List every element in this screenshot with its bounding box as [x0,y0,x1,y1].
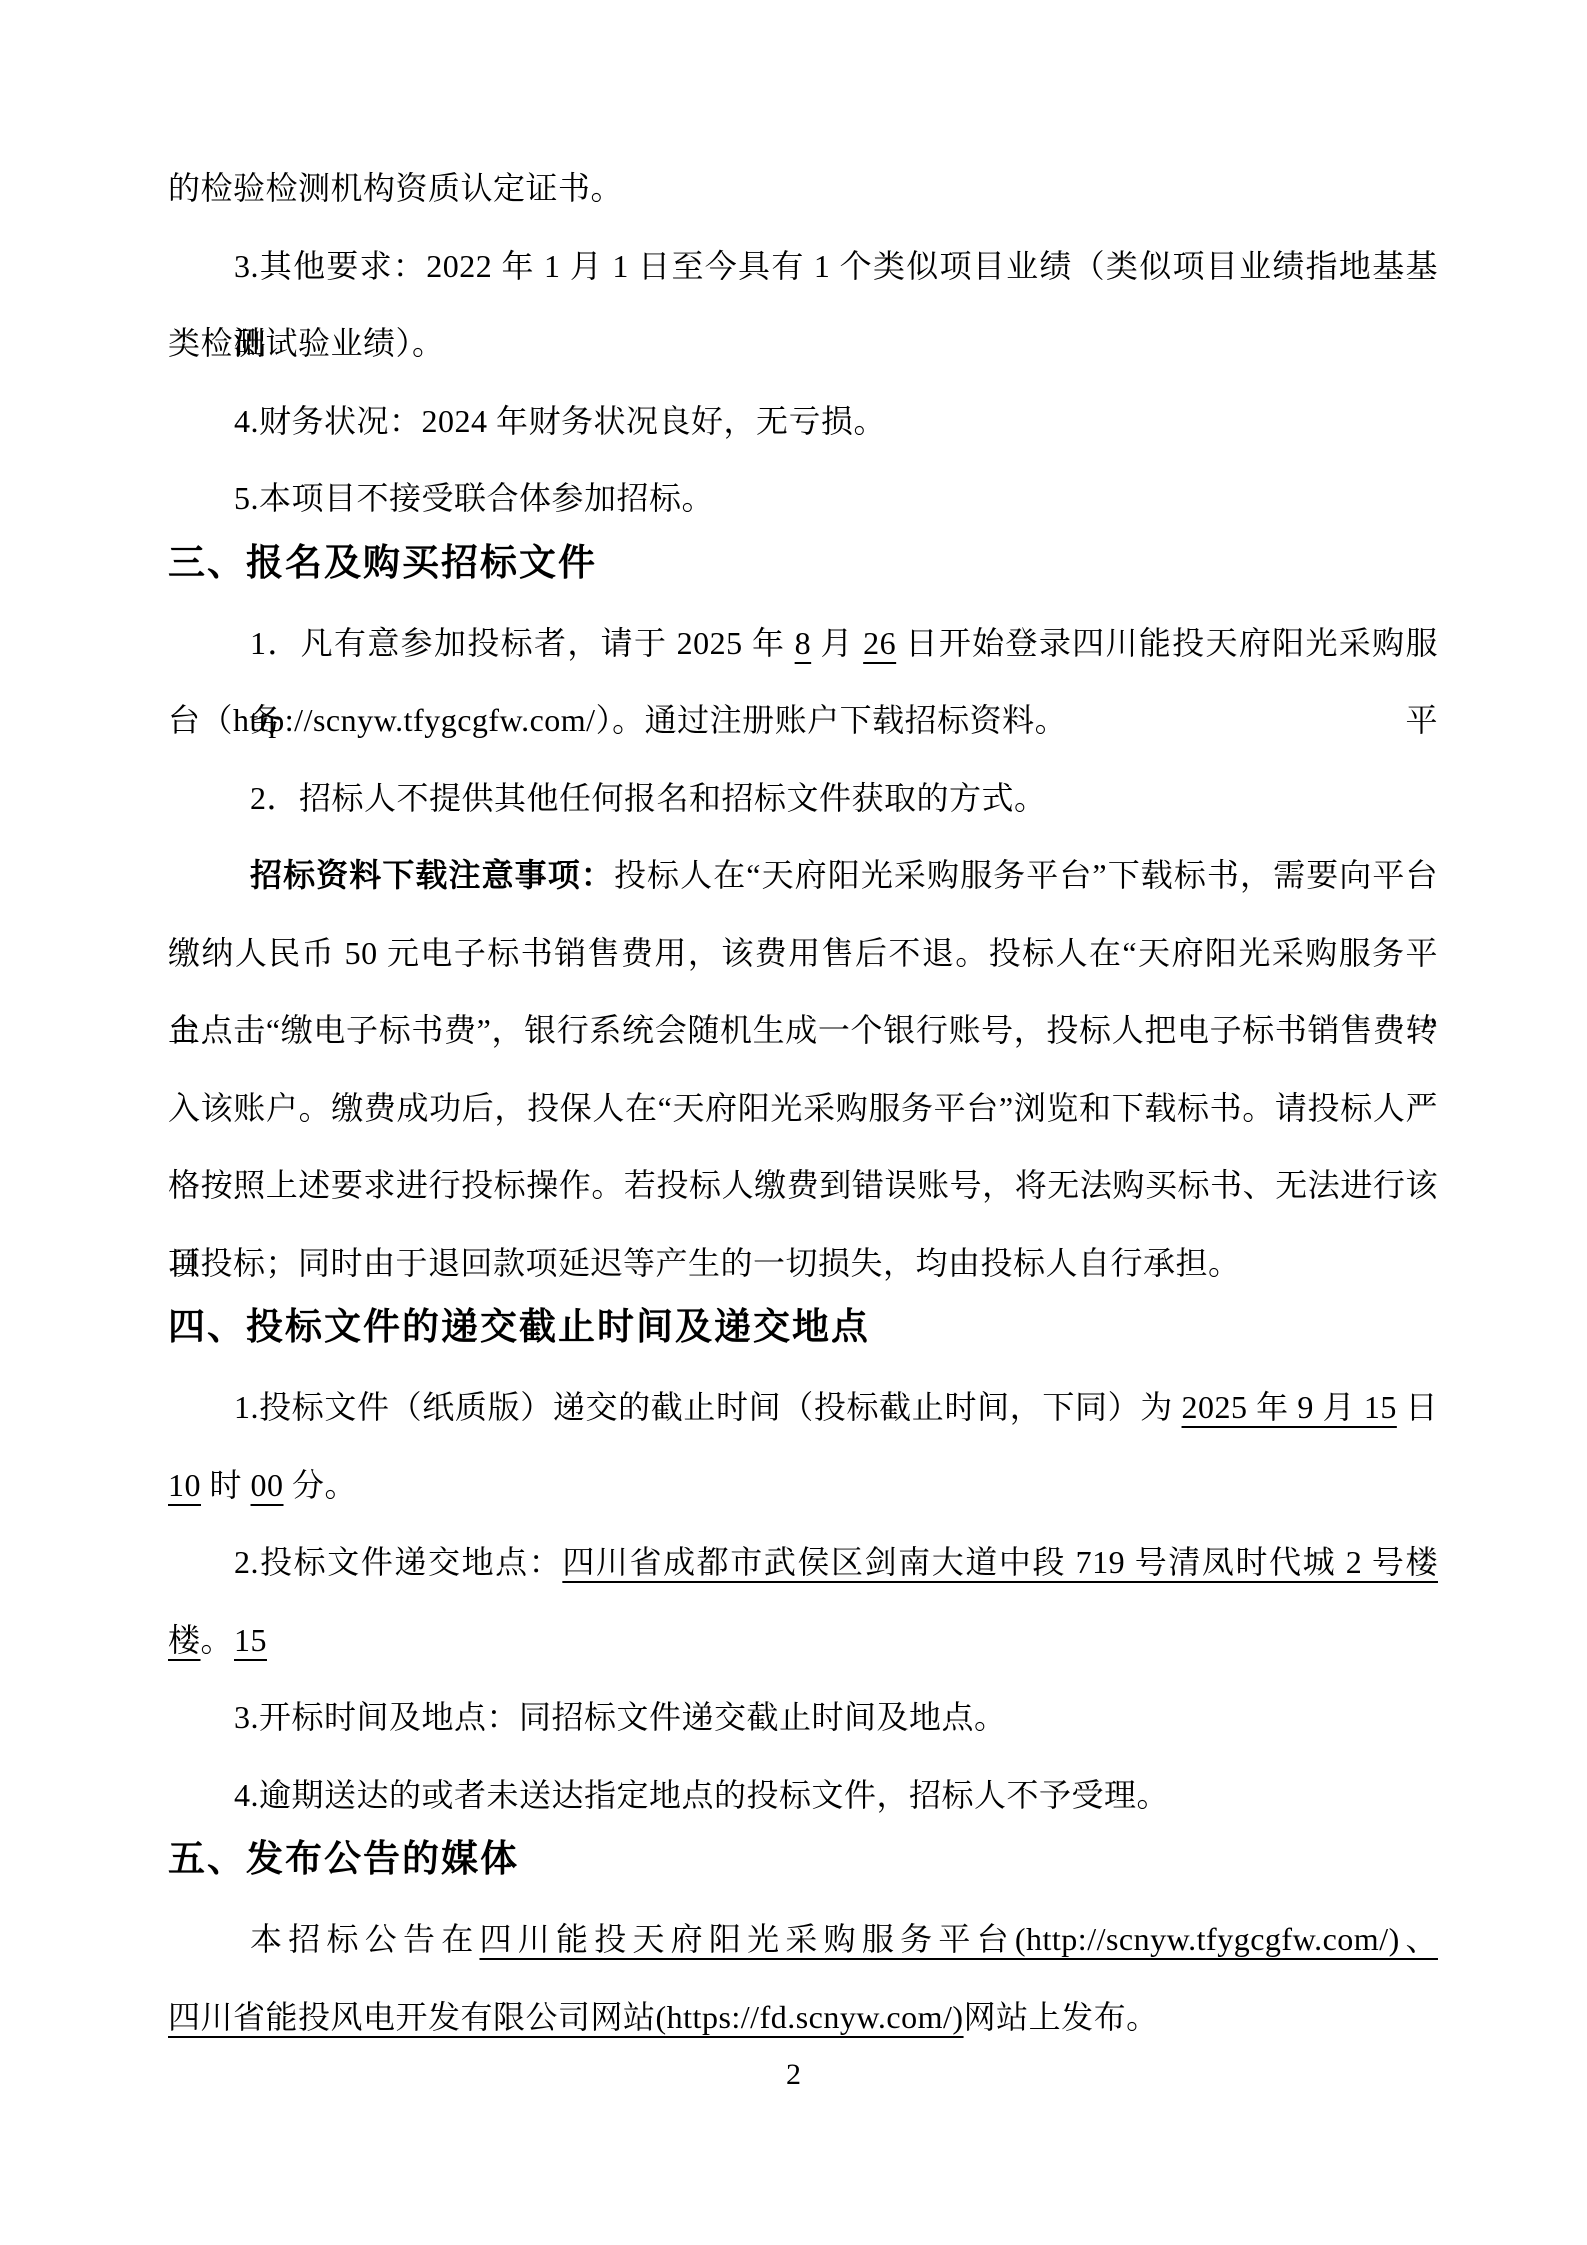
text-segment: 月 [811,625,863,661]
text-segment: 本招标公告在 [250,1921,479,1957]
section-heading: 三、报名及购买招标文件 [168,538,1438,605]
text-segment: 台（http://scnyw.tfygcgfw.com/）。通过注册账户下载招标… [168,702,1067,738]
doc-line: 四川省能投风电开发有限公司网站(https://fd.scnyw.com/)网站… [168,1979,1438,2057]
doc-line: 3.开标时间及地点：同招标文件递交截止时间及地点。 [168,1679,1438,1757]
document-page: 的检验检测机构资质认定证书。3.其他要求：2022 年 1 月 1 日至今具有 … [0,0,1587,2245]
doc-line: 4.财务状况：2024 年财务状况良好，无亏损。 [168,383,1438,461]
doc-line: 10 时 00 分。 [168,1447,1438,1525]
text-segment: 类检测试验业绩）。 [168,325,445,361]
page-number: 2 [0,2058,1587,2092]
bold-label: 三、报名及购买招标文件 [168,543,597,584]
doc-line: 5.本项目不接受联合体参加招标。 [168,460,1438,538]
doc-line: 的检验检测机构资质认定证书。 [168,150,1438,228]
doc-line: 3.其他要求：2022 年 1 月 1 日至今具有 1 个类似项目业绩（类似项目… [168,228,1438,306]
text-segment: 1．凡有意参加投标者，请于 2025 年 [250,625,795,661]
text-segment: 2．招标人不提供其他任何报名和招标文件获取的方式。 [250,780,1047,816]
text-segment: 入该账户。缴费成功后，投保人在“天府阳光采购服务平台”浏览和下载标书。请投标人严 [168,1090,1438,1126]
section-heading: 四、投标文件的递交截止时间及递交地点 [168,1302,1438,1369]
document-body: 的检验检测机构资质认定证书。3.其他要求：2022 年 1 月 1 日至今具有 … [168,150,1438,2056]
doc-line: 1.投标文件（纸质版）递交的截止时间（投标截止时间，下同）为 2025 年 9 … [168,1369,1438,1447]
underlined-text: 四川省能投风电开发有限公司网站(https://fd.scnyw.com/) [168,1999,964,2035]
text-segment: 投标人在“天府阳光采购服务平台”下载标书，需要向平台 [614,857,1438,893]
text-segment: 网站上发布。 [964,1999,1159,2035]
doc-line: 格按照上述要求进行投标操作。若投标人缴费到错误账号，将无法购买标书、无法进行该项 [168,1147,1438,1225]
text-segment: 2.投标文件递交地点： [234,1544,562,1580]
underlined-text: 四川能投天府阳光采购服务平台(http://scnyw.tfygcgfw.com… [479,1921,1438,1957]
doc-line: 类检测试验业绩）。 [168,305,1438,383]
doc-line: 4.逾期送达的或者未送达指定地点的投标文件，招标人不予受理。 [168,1757,1438,1835]
doc-line: 上点击“缴电子标书费”，银行系统会随机生成一个银行账号，投标人把电子标书销售费转 [168,992,1438,1070]
doc-line: 本招标公告在四川能投天府阳光采购服务平台(http://scnyw.tfygcg… [168,1901,1438,1979]
text-segment: 5.本项目不接受联合体参加招标。 [234,480,714,516]
text-segment: 的检验检测机构资质认定证书。 [168,170,623,206]
text-segment: 1.投标文件（纸质版）递交的截止时间（投标截止时间，下同）为 [234,1389,1182,1425]
doc-line: 入该账户。缴费成功后，投保人在“天府阳光采购服务平台”浏览和下载标书。请投标人严 [168,1070,1438,1148]
section-heading: 五、发布公告的媒体 [168,1834,1438,1901]
text-segment: 3.开标时间及地点：同招标文件递交截止时间及地点。 [234,1699,1007,1735]
text-segment: 4.逾期送达的或者未送达指定地点的投标文件，招标人不予受理。 [234,1777,1169,1813]
underlined-text: 楼 [168,1622,201,1658]
underlined-text: 00 [251,1467,284,1503]
bold-label: 四、投标文件的递交截止时间及递交地点 [168,1307,870,1348]
doc-line: 2．招标人不提供其他任何报名和招标文件获取的方式。 [168,760,1438,838]
text-segment: 分。 [284,1467,358,1503]
doc-line: 缴纳人民币 50 元电子标书销售费用，该费用售后不退。投标人在“天府阳光采购服务… [168,915,1438,993]
bold-label: 五、发布公告的媒体 [168,1839,519,1880]
text-segment: 日 [1397,1389,1438,1425]
text-segment: 时 [201,1467,251,1503]
doc-line: 目投标；同时由于退回款项延迟等产生的一切损失，均由投标人自行承担。 [168,1225,1438,1303]
text-segment: 目投标；同时由于退回款项延迟等产生的一切损失，均由投标人自行承担。 [168,1245,1241,1281]
text-segment: 。 [201,1622,234,1658]
text-segment: 上点击“缴电子标书费”，银行系统会随机生成一个银行账号，投标人把电子标书销售费转 [168,1012,1438,1048]
underlined-text: 10 [168,1467,201,1503]
underlined-text: 26 [863,625,896,661]
underlined-text: 2025 年 9 月 15 [1182,1389,1397,1425]
doc-line: 招标资料下载注意事项：投标人在“天府阳光采购服务平台”下载标书，需要向平台 [168,837,1438,915]
doc-line: 2.投标文件递交地点：四川省成都市武侯区剑南大道中段 719 号清凤时代城 2 … [168,1524,1438,1602]
underlined-text: 8 [795,625,812,661]
text-segment: 4.财务状况：2024 年财务状况良好，无亏损。 [234,403,886,439]
doc-line: 楼。 [168,1602,1438,1680]
doc-line: 1．凡有意参加投标者，请于 2025 年 8 月 26 日开始登录四川能投天府阳… [168,605,1438,683]
bold-label: 招标资料下载注意事项： [250,857,614,893]
